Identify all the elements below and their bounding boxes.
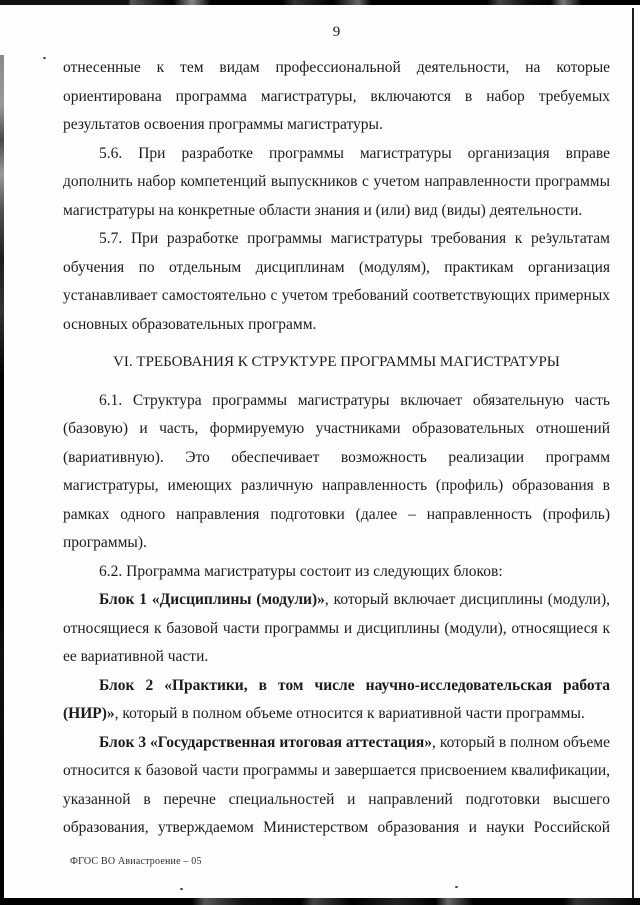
paragraph-block-1: Блок 1 «Дисциплины (модули)», который вк… — [63, 586, 610, 672]
block-1-bold-label: Блок 1 «Дисциплины (модули)» — [99, 591, 325, 608]
scan-border-left — [0, 55, 4, 905]
paragraph-continuation: отнесенные к тем видам профессиональной … — [63, 54, 610, 140]
scanned-document-page: 9 отнесенные к тем видам профессионально… — [0, 0, 640, 905]
scan-border-top — [0, 0, 640, 5]
paragraph-block-3: Блок 3 «Государственная итоговая аттеста… — [63, 729, 610, 843]
paragraph-6-2: 6.2. Программа магистратуры состоит из с… — [63, 558, 610, 587]
scan-speck — [180, 888, 183, 890]
section-heading-vi: VI. ТРЕБОВАНИЯ К СТРУКТУРЕ ПРОГРАММЫ МАГ… — [63, 348, 610, 377]
scan-speck — [455, 886, 458, 888]
paragraph-5-7: 5.7. При разработке программы магистрату… — [63, 225, 610, 339]
scan-border-right — [632, 8, 634, 898]
block-2-text: , который в полном объеме относится к ва… — [115, 705, 585, 722]
block-3-bold-label: Блок 3 «Государственная итоговая аттеста… — [99, 734, 432, 751]
paragraph-block-2: Блок 2 «Практики, в том числе научно-исс… — [63, 672, 610, 729]
scan-speck — [43, 57, 46, 59]
paragraph-6-1: 6.1. Структура программы магистратуры вк… — [63, 387, 610, 558]
scan-border-bottom — [0, 898, 640, 905]
paragraph-5-6: 5.6. При разработке программы магистрату… — [63, 140, 610, 226]
footer-document-code: ФГОС ВО Авиастроение – 05 — [70, 856, 202, 867]
document-body: 9 отнесенные к тем видам профессионально… — [63, 24, 610, 843]
page-number: 9 — [63, 24, 610, 41]
